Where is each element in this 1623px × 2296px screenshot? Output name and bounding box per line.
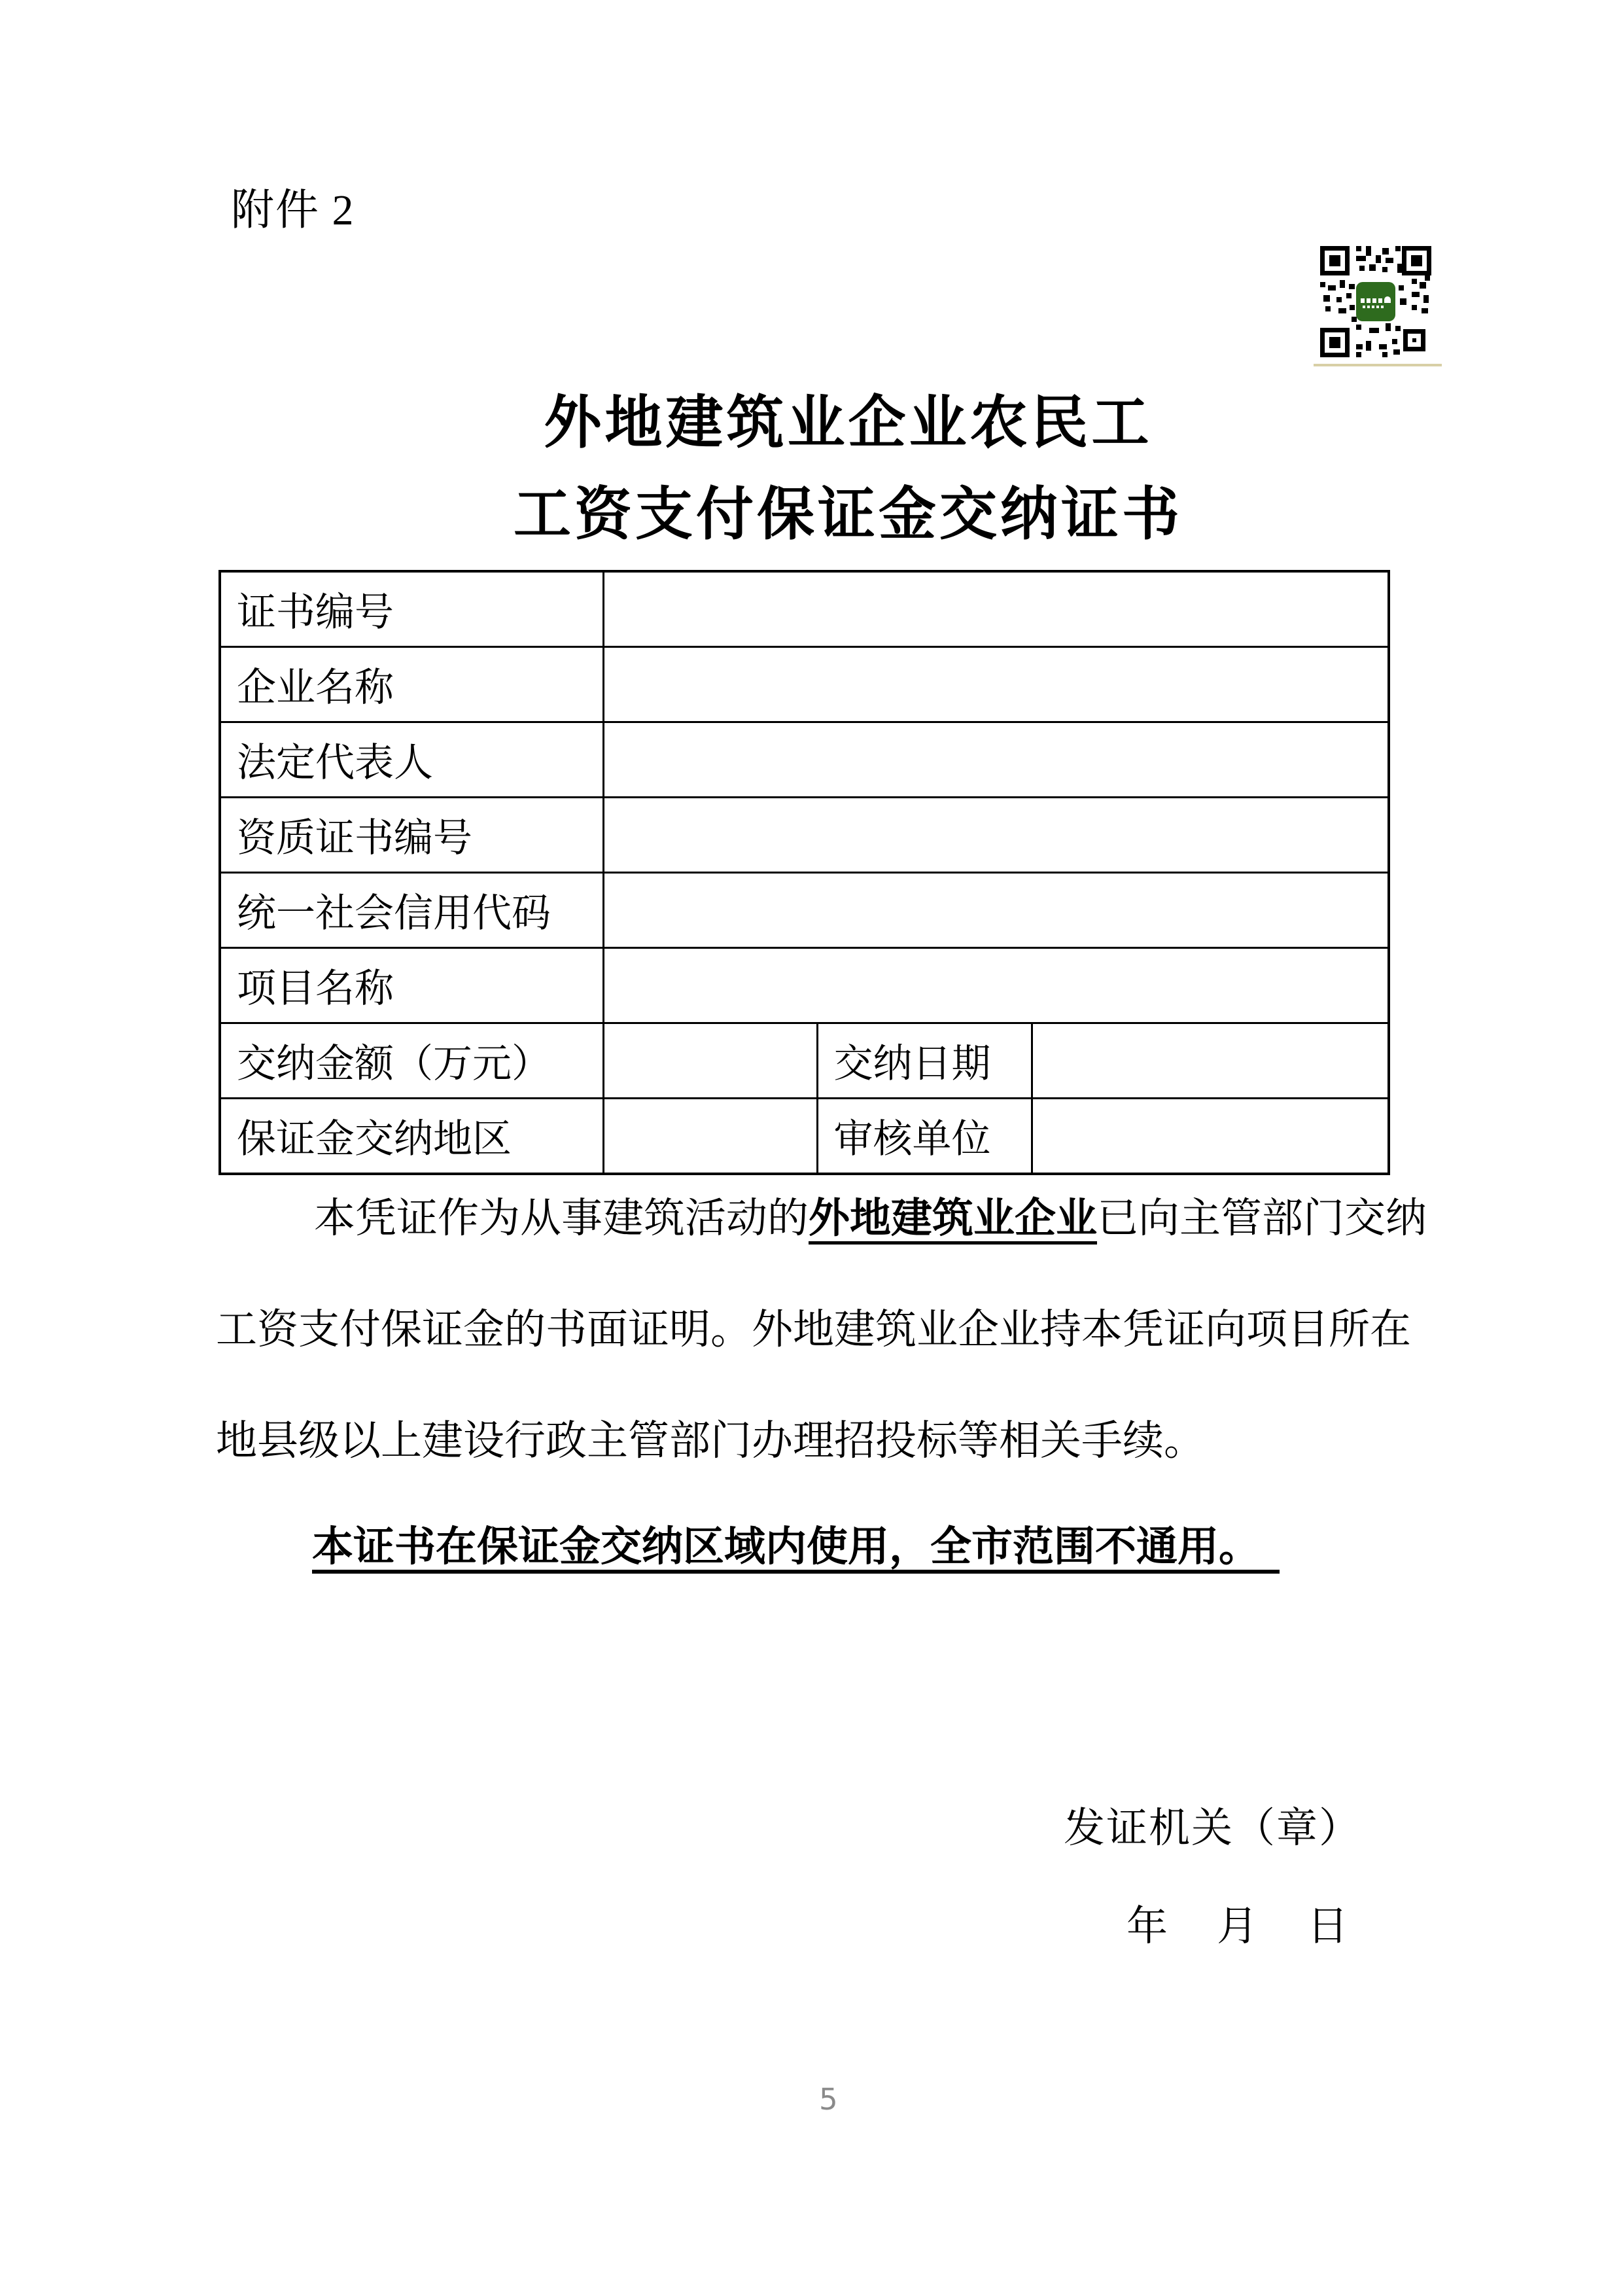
table-row: 项目名称 bbox=[220, 948, 1389, 1023]
document-title: 外地建筑业企业农民工 工资支付保证金交纳证书 bbox=[0, 378, 1623, 561]
row-label: 法定代表人 bbox=[220, 722, 603, 798]
row-label: 统一社会信用代码 bbox=[220, 873, 603, 948]
table-row: 统一社会信用代码 bbox=[220, 873, 1389, 948]
document-title-line1: 外地建筑业企业农民工 bbox=[73, 378, 1623, 470]
row-value-field bbox=[603, 571, 1389, 647]
paragraph-line-2: 工资支付保证金的书面证明。外地建筑业企业持本凭证向项目所在 bbox=[216, 1274, 1449, 1385]
paragraph-emphasized-term: 外地建筑业企业 bbox=[809, 1195, 1097, 1245]
document-page: 附件 2 bbox=[0, 0, 1623, 2296]
qr-finder-bottom-left bbox=[1320, 328, 1350, 357]
table-row: 证书编号 bbox=[220, 571, 1389, 647]
issuing-authority-label: 发证机关（章） bbox=[1064, 1808, 1361, 1849]
table-row: 资质证书编号 bbox=[220, 798, 1389, 873]
notice-line: 本证书在保证金交纳区域内使用，全市范围不通用。 bbox=[216, 1491, 1449, 1602]
row-value-field bbox=[603, 798, 1389, 873]
paragraph-text: 已向主管部门交纳 bbox=[1097, 1195, 1427, 1241]
date-line: 年 月 日 bbox=[1126, 1906, 1352, 1947]
qr-finder-top-left bbox=[1320, 246, 1350, 275]
paragraph-line-3: 地县级以上建设行政主管部门办理招投标等相关手续。 bbox=[216, 1385, 1449, 1496]
row-value-field bbox=[603, 948, 1389, 1023]
qr-divider-line bbox=[1314, 364, 1442, 366]
row-value-field bbox=[1032, 1023, 1389, 1099]
row-value-field bbox=[603, 873, 1389, 948]
document-title-line2: 工资支付保证金交纳证书 bbox=[73, 470, 1623, 561]
paragraph-text: 本凭证作为从事建筑活动的 bbox=[314, 1195, 809, 1241]
certificate-table: 证书编号 企业名称 法定代表人 资质证书编号 统一社会信用代码 项目名称 bbox=[218, 570, 1390, 1175]
row-value-field bbox=[603, 722, 1389, 798]
row-value-field bbox=[603, 647, 1389, 722]
qr-center-logo bbox=[1356, 282, 1395, 321]
row-label: 交纳金额（万元） bbox=[220, 1023, 603, 1099]
qr-code bbox=[1320, 246, 1431, 357]
paragraph-line-1: 本凭证作为从事建筑活动的外地建筑业企业已向主管部门交纳 bbox=[216, 1163, 1449, 1274]
row-value-field bbox=[603, 1023, 817, 1099]
row-label: 证书编号 bbox=[220, 571, 603, 647]
notice-text: 本证书在保证金交纳区域内使用，全市范围不通用。 bbox=[312, 1524, 1280, 1574]
table-row: 法定代表人 bbox=[220, 722, 1389, 798]
qr-alignment-pattern bbox=[1403, 329, 1425, 351]
row-label: 企业名称 bbox=[220, 647, 603, 722]
table-row: 交纳金额（万元） 交纳日期 bbox=[220, 1023, 1389, 1099]
qr-code-image bbox=[1320, 246, 1431, 357]
body-paragraph: 本凭证作为从事建筑活动的外地建筑业企业已向主管部门交纳 工资支付保证金的书面证明… bbox=[216, 1163, 1449, 1496]
page-number: 5 bbox=[819, 2085, 838, 2114]
table-row: 企业名称 bbox=[220, 647, 1389, 722]
row-label: 资质证书编号 bbox=[220, 798, 603, 873]
row-label: 交纳日期 bbox=[817, 1023, 1032, 1099]
attachment-label: 附件 2 bbox=[231, 189, 355, 232]
qr-finder-top-right bbox=[1402, 246, 1431, 275]
row-label: 项目名称 bbox=[220, 948, 603, 1023]
